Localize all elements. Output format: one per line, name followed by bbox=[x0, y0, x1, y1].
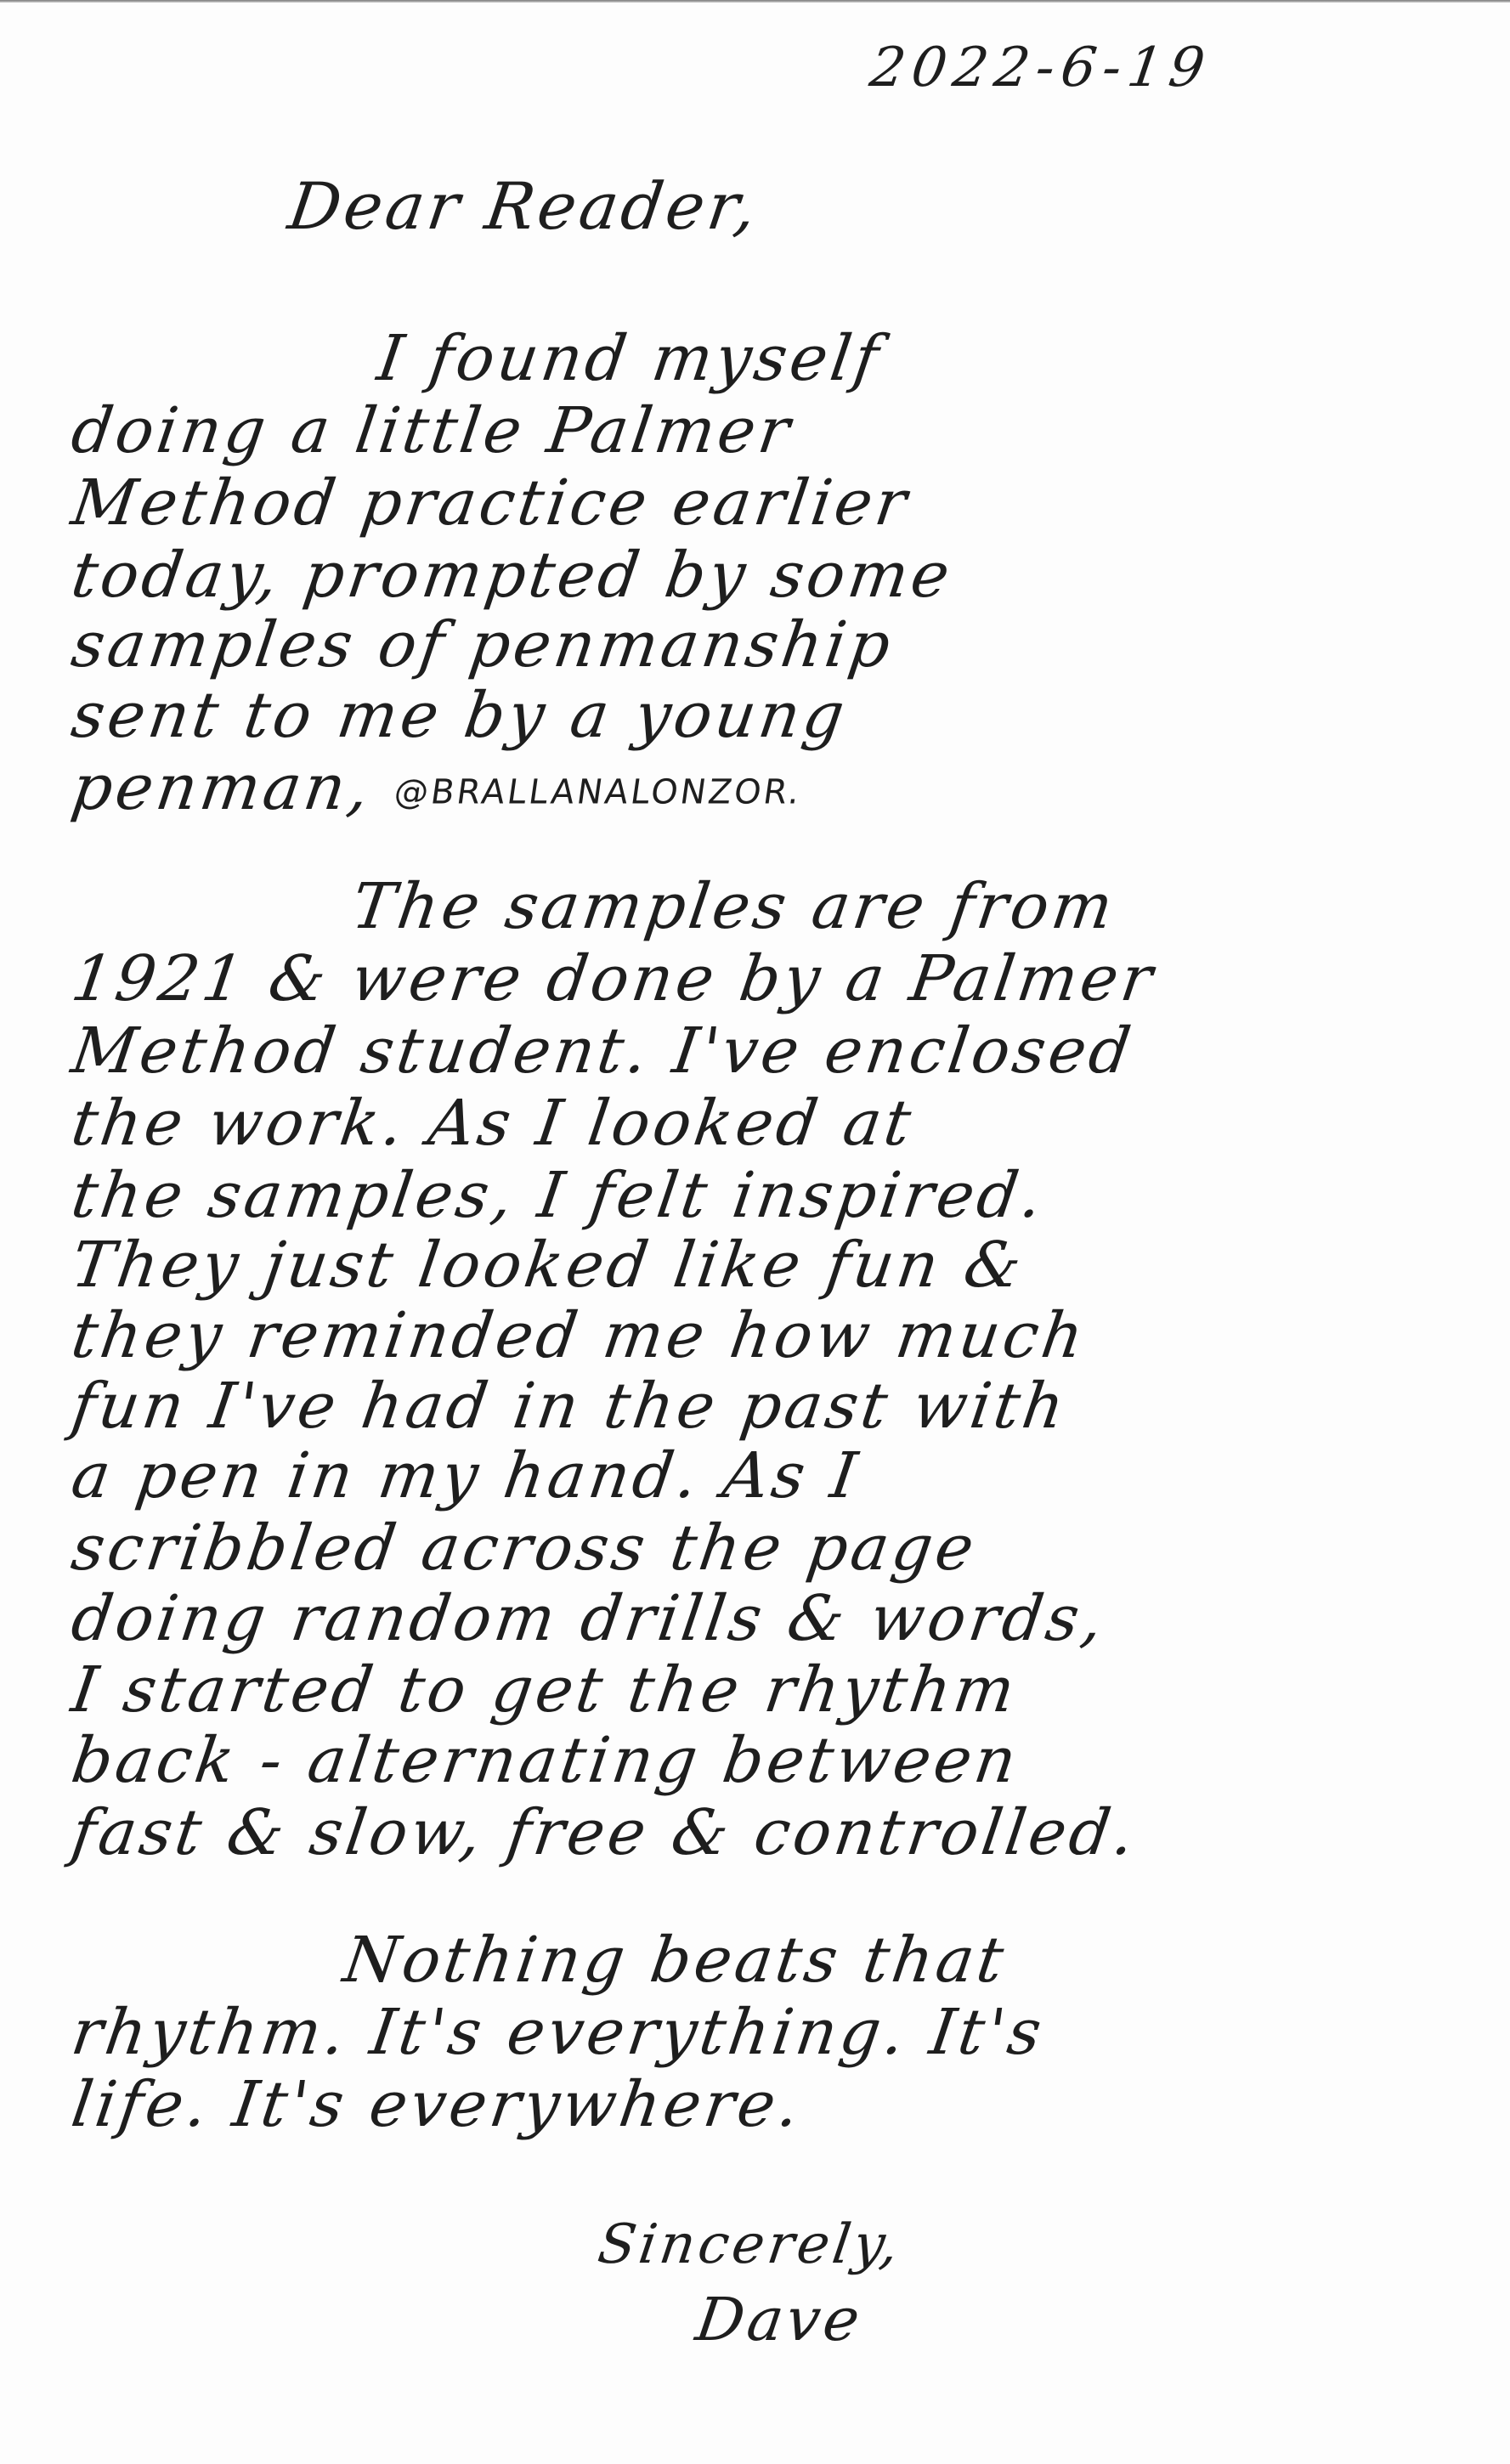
letter-signature: Dave bbox=[693, 2290, 867, 2349]
letter-line: doing random drills & words, bbox=[68, 1587, 1110, 1650]
letter-line: Method practice earlier bbox=[68, 472, 913, 534]
letter-date: 2022-6-19 bbox=[867, 41, 1214, 95]
letter-line: a pen in my hand. As I bbox=[68, 1444, 864, 1507]
social-handle: @BRALLANALONZOR. bbox=[392, 773, 805, 812]
letter-line: samples of penmanship bbox=[68, 613, 897, 676]
letter-line: Method student. I've enclosed bbox=[68, 1020, 1138, 1082]
letter-line: fun I've had in the past with bbox=[68, 1375, 1072, 1438]
letter-line: fast & slow, free & controlled. bbox=[68, 1801, 1141, 1864]
letter-line: They just looked like fun & bbox=[68, 1234, 1028, 1297]
letter-line: sent to me by a young bbox=[68, 684, 851, 747]
letter-line: the work. As I looked at bbox=[68, 1092, 918, 1155]
letter-line: Nothing beats that bbox=[340, 1929, 1010, 1992]
letter-line: I started to get the rhythm bbox=[68, 1659, 1021, 1721]
letter-line: penman, bbox=[67, 751, 376, 824]
letter-line: the samples, I felt inspired. bbox=[68, 1164, 1049, 1227]
letter-line-with-handle: penman, @BRALLANALONZOR. bbox=[68, 756, 807, 819]
letter-line: rhythm. It's everything. It's bbox=[68, 2001, 1049, 2064]
letter-line: they reminded me how much bbox=[68, 1304, 1090, 1367]
letter-line: I found myself bbox=[374, 327, 885, 390]
letter-line: The samples are from bbox=[348, 875, 1120, 938]
letter-line: back - alternating between bbox=[68, 1729, 1023, 1792]
letter-line: life. It's everywhere. bbox=[68, 2073, 806, 2136]
letter-line: today, prompted by some bbox=[68, 544, 957, 607]
letter-line: 1921 & were done by a Palmer bbox=[68, 947, 1159, 1010]
letter-closing: Sincerely, bbox=[595, 2218, 905, 2272]
letter-line: doing a little Palmer bbox=[68, 399, 797, 462]
handwritten-letter: 2022-6-19 Dear Reader, I found myself do… bbox=[0, 0, 1510, 2464]
letter-greeting: Dear Reader, bbox=[285, 174, 764, 239]
letter-line: scribbled across the page bbox=[68, 1517, 981, 1580]
